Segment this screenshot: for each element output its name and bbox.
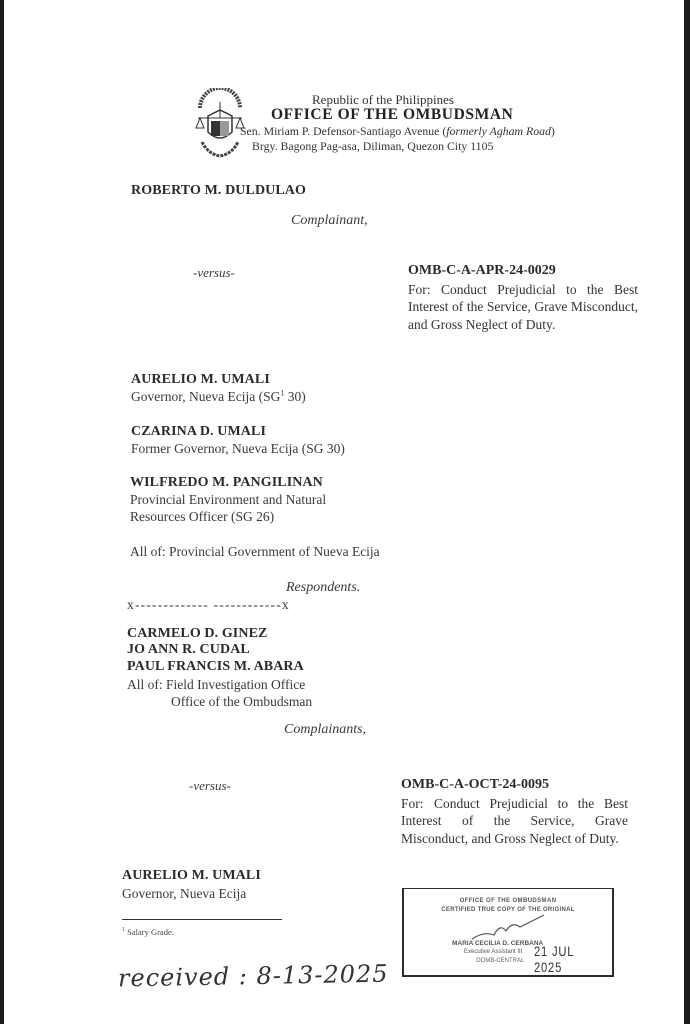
respondent-name: CZARINA D. UMALI [131, 424, 266, 440]
complainants-affiliation: Office of the Ombudsman [171, 694, 312, 710]
case-1-caption: OMB-C-A-APR-24-0029 For:Conduct Prejudic… [408, 262, 638, 333]
complainants-affiliation: All of: Field Investigation Office [127, 677, 305, 693]
footnote-text: Salary Grade. [127, 927, 174, 937]
case-number: OMB-C-A-APR-24-0029 [408, 262, 638, 280]
stamp-signatory-title: Executive Assistant III [464, 949, 522, 955]
case-2-caption: OMB-C-A-OCT-24-0095 For:Conduct Prejudic… [401, 776, 628, 847]
stamp-signatory: MARIA CECILIA D. CERBANA [452, 940, 543, 947]
handwritten-received-note: received : 8-13-2025 [118, 960, 389, 993]
footnote-number: 1 [122, 927, 125, 933]
complainant-name: ROBERTO M. DULDULAO [131, 183, 306, 199]
for-label: For: [401, 795, 434, 813]
respondent-name: AURELIO M. UMALI [131, 372, 270, 388]
respondent-name: WILFREDO M. PANGILINAN [130, 475, 323, 491]
scan-edge-right [684, 0, 690, 1024]
position-suffix: 30) [284, 389, 305, 404]
charges-text: Conduct Prejudicial to the Best Interest… [408, 282, 638, 332]
versus-label: -versus- [189, 778, 231, 794]
stamp-office: OFFICE OF THE OMBUDSMAN [404, 898, 612, 904]
respondent-position: Former Governor, Nueva Ecija (SG 30) [131, 441, 345, 457]
respondent-position: Governor, Nueva Ecija (SG1 30) [131, 389, 306, 405]
footnote: 1 Salary Grade. [122, 927, 174, 937]
complainant-label: Complainant, [291, 213, 368, 229]
scan-edge-left [0, 0, 4, 1024]
position-text: Governor, Nueva Ecija (SG [131, 389, 280, 404]
footnote-divider [122, 919, 282, 920]
respondent-name: AURELIO M. UMALI [122, 868, 261, 884]
address-former-name: formerly Agham Road [446, 124, 551, 138]
versus-label: -versus- [193, 265, 235, 281]
for-label: For: [408, 281, 441, 299]
address-line-2: Brgy. Bagong Pag-asa, Diliman, Quezon Ci… [252, 139, 493, 154]
complainant-name: CARMELO D. GINEZ [127, 626, 267, 642]
section-separator: x------------- ------------x [127, 597, 290, 613]
respondents-affiliation: All of: Provincial Government of Nueva E… [130, 544, 380, 560]
address-suffix: ) [551, 124, 555, 138]
office-heading: OFFICE OF THE OMBUDSMAN [271, 106, 513, 124]
certified-true-copy-stamp: OFFICE OF THE OMBUDSMAN CERTIFIED TRUE C… [402, 888, 614, 977]
complainants-label: Complainants, [284, 722, 366, 738]
stamp-signatory-office: OOMB-CENTRAL [476, 958, 524, 964]
respondent-position: Provincial Environment and Natural [130, 492, 326, 508]
case-charges: For:Conduct Prejudicial to the Best Inte… [408, 281, 638, 334]
ombudsman-seal-icon [194, 88, 246, 160]
complainant-name: PAUL FRANCIS M. ABARA [127, 659, 304, 675]
case-number: OMB-C-A-OCT-24-0095 [401, 776, 628, 794]
charges-text: Conduct Prejudicial to the Best Interest… [401, 796, 628, 846]
signature-icon [464, 913, 554, 943]
stamp-date: 21 JUL 2025 [534, 943, 596, 975]
complainant-name: JO ANN R. CUDAL [127, 642, 250, 658]
respondent-position: Governor, Nueva Ecija [122, 886, 246, 902]
case-charges: For:Conduct Prejudicial to the Best Inte… [401, 795, 628, 848]
address-line-1: Sen. Miriam P. Defensor-Santiago Avenue … [240, 124, 555, 139]
address-text: Sen. Miriam P. Defensor-Santiago Avenue … [240, 124, 446, 138]
respondent-position: Resources Officer (SG 26) [130, 509, 274, 525]
respondents-label: Respondents. [286, 580, 360, 596]
